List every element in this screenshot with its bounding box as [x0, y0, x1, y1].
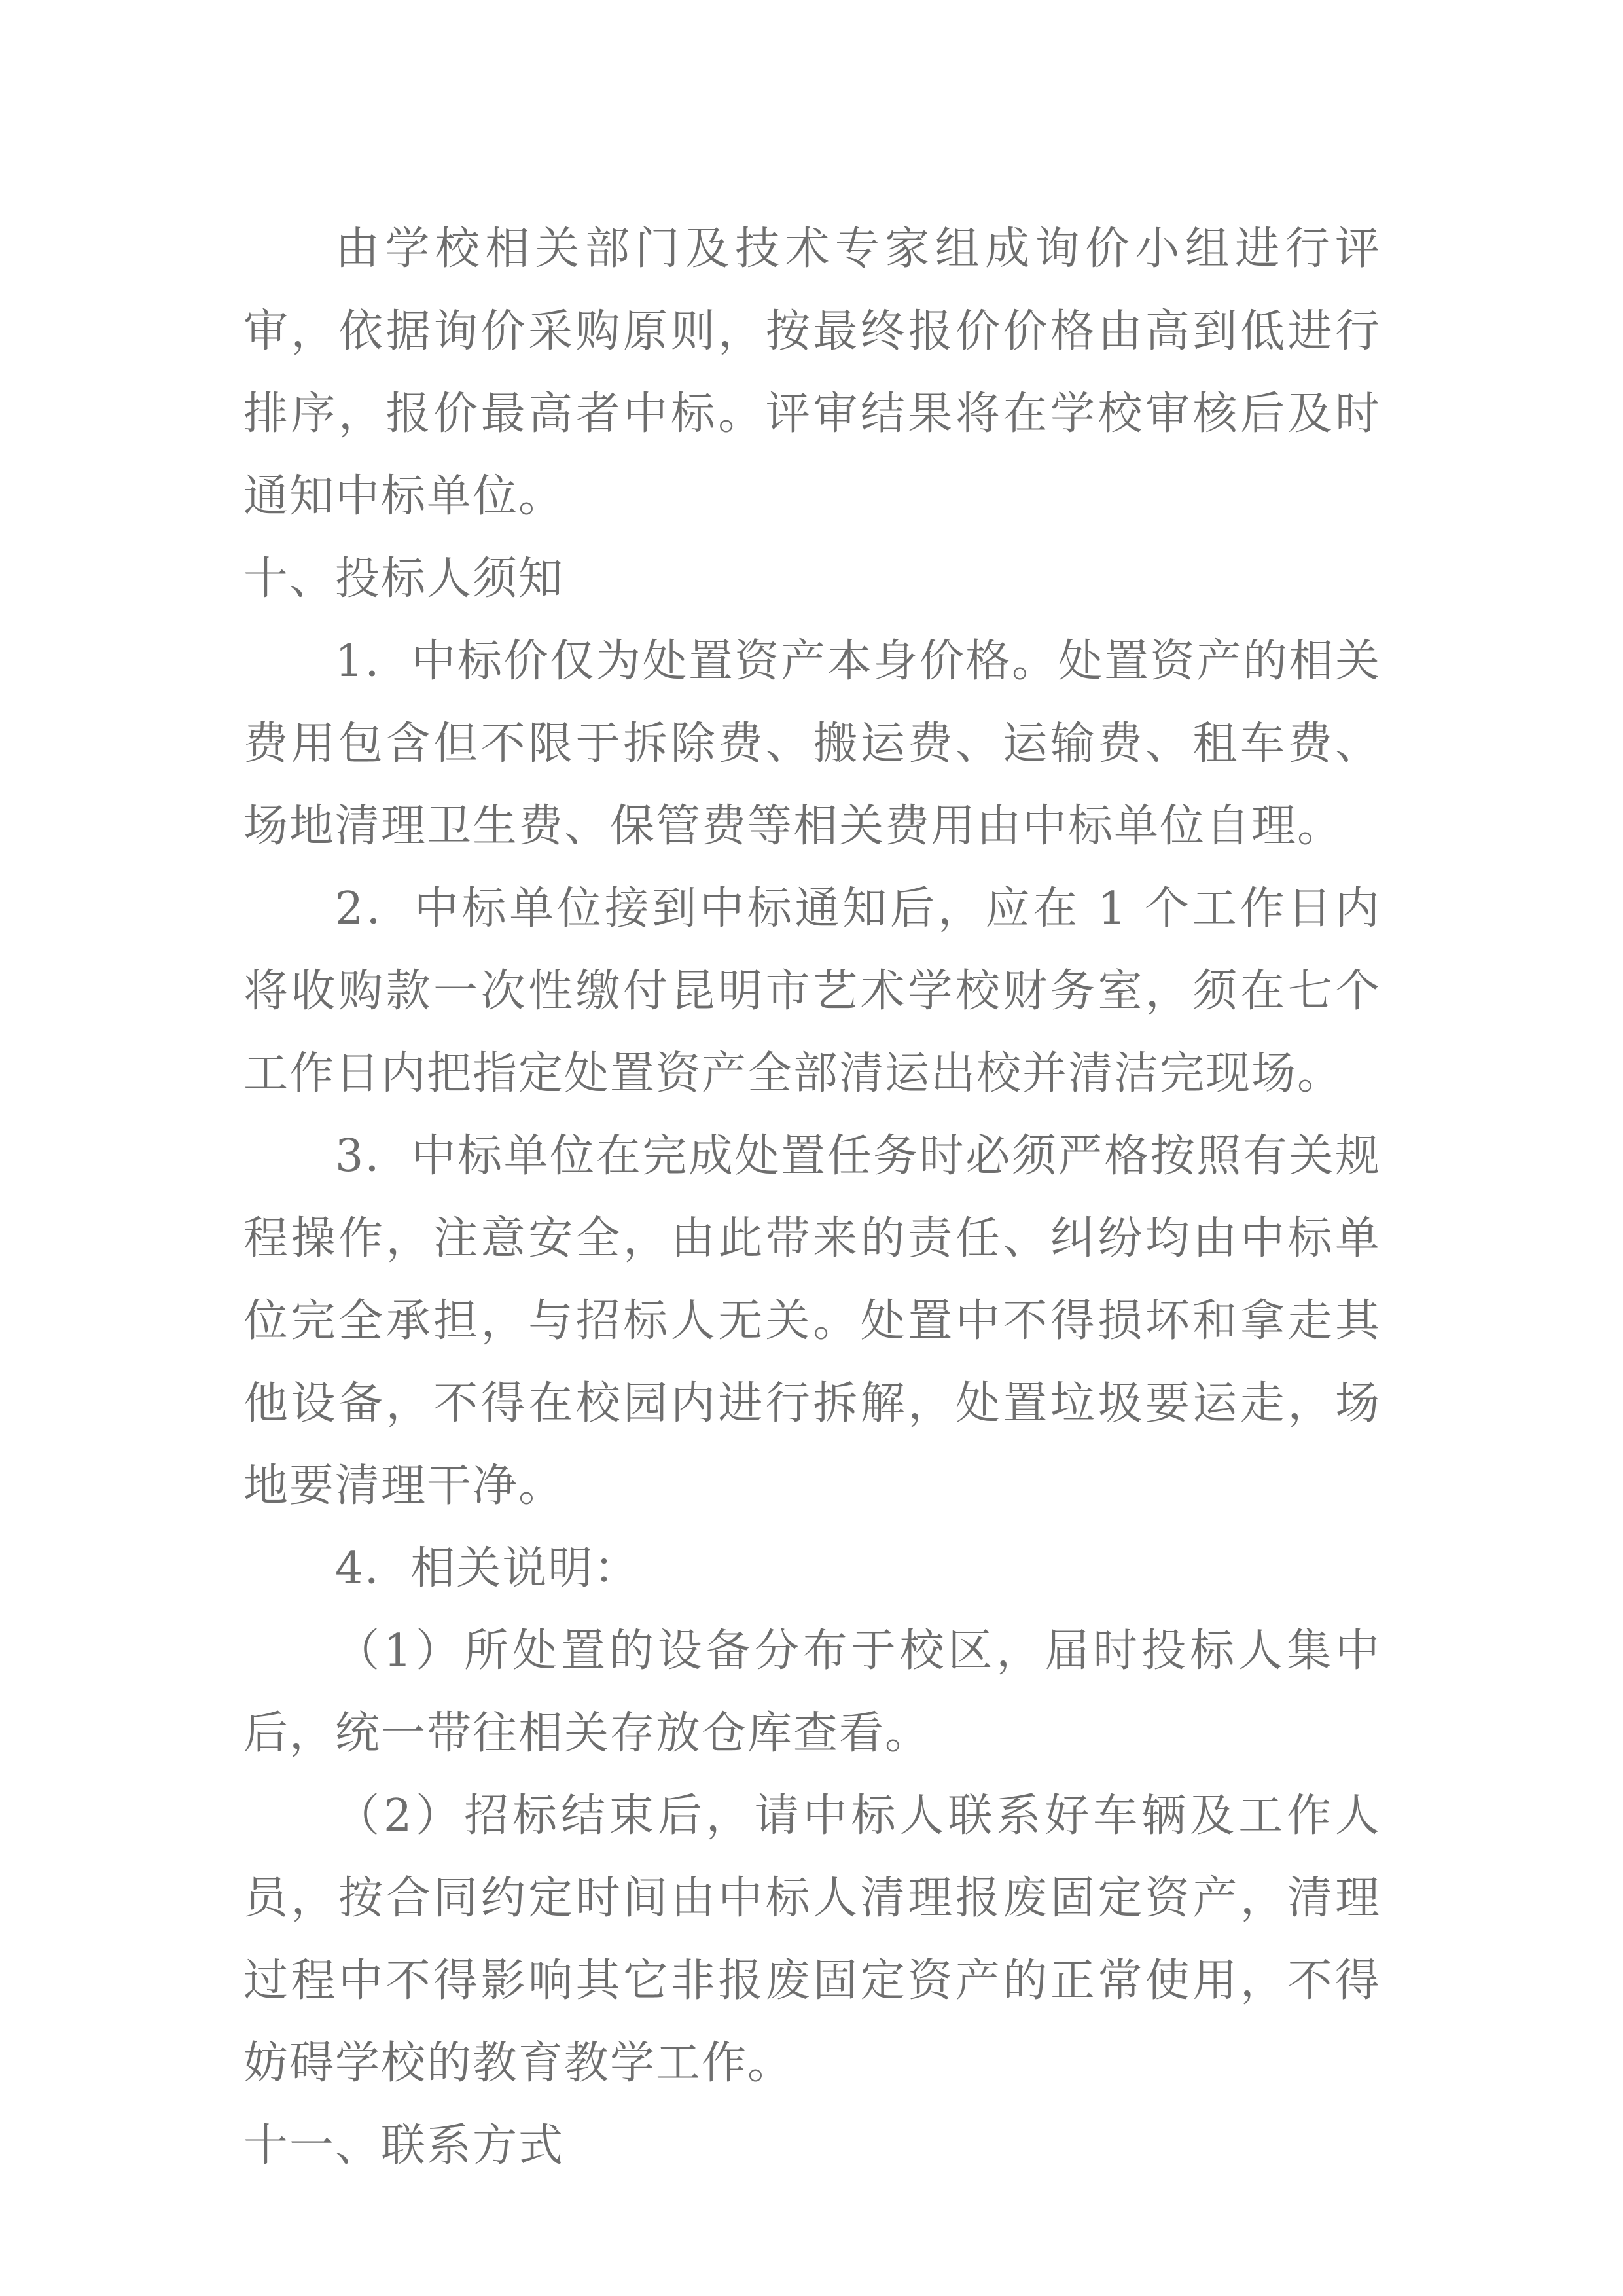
notice-item-4: 4．相关说明： [243, 1528, 1381, 1610]
notice-item-4-sub-1: （1）所处置的设备分布于校区，届时投标人集中后，统一带往相关存放仓库查看。 [243, 1610, 1381, 1775]
notice-item-4-sub-2: （2）招标结束后，请中标人联系好车辆及工作人员，按合同约定时间由中标人清理报废固… [243, 1775, 1381, 2105]
notice-item-2: 2．中标单位接到中标通知后，应在 1 个工作日内将收购款一次性缴付昆明市艺术学校… [243, 868, 1381, 1115]
section-heading-bidder-notice: 十、投标人须知 [243, 538, 1381, 620]
notice-item-1: 1．中标价仅为处置资产本身价格。处置资产的相关费用包含但不限于拆除费、搬运费、运… [243, 620, 1381, 868]
document-page: 由学校相关部门及技术专家组成询价小组进行评审，依据询价采购原则，按最终报价价格由… [243, 208, 1381, 2187]
notice-item-3: 3．中标单位在完成处置任务时必须严格按照有关规程操作，注意安全，由此带来的责任、… [243, 1115, 1381, 1528]
section-heading-contact: 十一、联系方式 [243, 2105, 1381, 2187]
evaluation-paragraph: 由学校相关部门及技术专家组成询价小组进行评审，依据询价采购原则，按最终报价价格由… [243, 208, 1381, 538]
